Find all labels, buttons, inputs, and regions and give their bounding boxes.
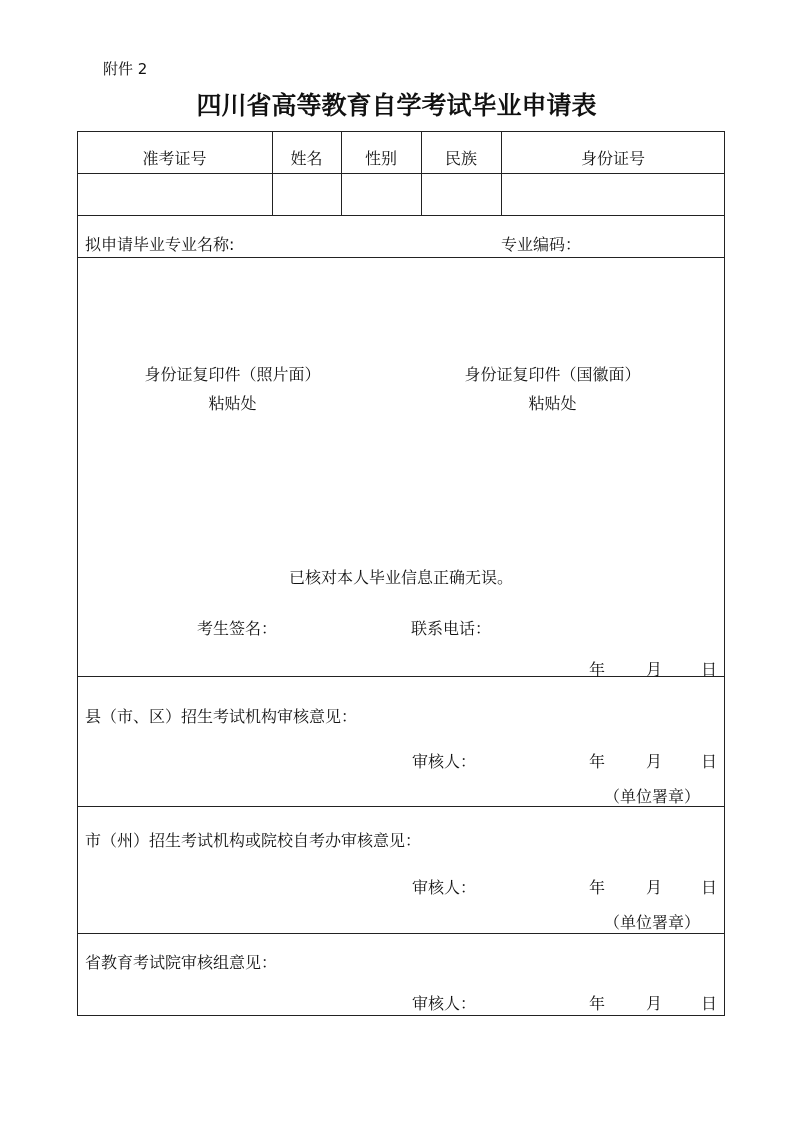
major-code-label: 专业编码： (501, 232, 581, 255)
date-month: 月 (646, 875, 662, 898)
county-review-title: 县（市、区）招生考试机构审核意见： (85, 704, 357, 727)
id-number-field[interactable] (502, 174, 724, 214)
header-ethnicity: 民族 (421, 146, 501, 169)
id-back-paste-area: 粘贴处 (440, 391, 665, 414)
name-field[interactable] (273, 174, 340, 214)
city-reviewer-label: 审核人： (412, 875, 476, 898)
phone-label: 联系电话： (411, 616, 491, 639)
id-front-copy-label: 身份证复印件（照片面） (120, 362, 345, 385)
header-id-number: 身份证号 (501, 146, 725, 169)
province-reviewer-label: 审核人： (412, 991, 476, 1014)
date-year: 年 (589, 991, 605, 1014)
row-divider (77, 215, 725, 216)
date-month: 月 (646, 991, 662, 1014)
header-exam-id: 准考证号 (77, 146, 272, 169)
id-back-copy-label: 身份证复印件（国徽面） (440, 362, 665, 385)
date-day: 日 (701, 991, 717, 1014)
city-review-title: 市（州）招生考试机构或院校自考办审核意见： (85, 828, 421, 851)
date-day: 日 (701, 657, 717, 680)
date-month: 月 (646, 749, 662, 772)
gender-field[interactable] (342, 174, 420, 214)
date-year: 年 (589, 749, 605, 772)
date-month: 月 (646, 657, 662, 680)
date-year: 年 (589, 875, 605, 898)
header-name: 姓名 (272, 146, 341, 169)
unit-seal-label: （单位署章） (604, 910, 700, 933)
major-name-label: 拟申请毕业专业名称: (85, 232, 234, 255)
exam-id-field[interactable] (78, 174, 271, 214)
row-divider (77, 257, 725, 258)
confirmation-statement: 已核对本人毕业信息正确无误。 (77, 565, 725, 588)
attachment-label: 附件 2 (103, 58, 147, 79)
date-day: 日 (701, 749, 717, 772)
county-reviewer-label: 审核人： (412, 749, 476, 772)
row-divider (77, 676, 725, 677)
header-gender: 性别 (341, 146, 421, 169)
ethnicity-field[interactable] (422, 174, 500, 214)
unit-seal-label: （单位署章） (604, 784, 700, 807)
province-review-title: 省教育考试院审核组意见： (85, 950, 277, 973)
date-day: 日 (701, 875, 717, 898)
id-front-paste-area: 粘贴处 (120, 391, 345, 414)
signature-label: 考生签名： (197, 616, 277, 639)
row-divider (77, 933, 725, 934)
page-title: 四川省高等教育自学考试毕业申请表 (0, 86, 793, 122)
date-year: 年 (589, 657, 605, 680)
